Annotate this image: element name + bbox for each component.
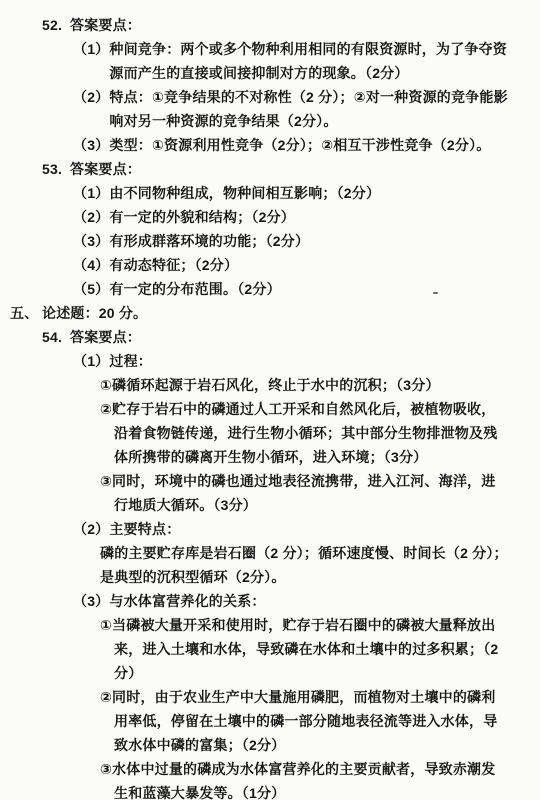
answer-item: （5） 有一定的分布范围。（2分） — [73, 277, 508, 301]
sub-item: ①磷循环起源于岩石风化，终止于水中的沉积；（3分） — [100, 373, 508, 397]
sub-item: ①当磷被大量开采和使用时，贮存于岩石圈中的磷被大量释放出来，进入土壤和水体，导致… — [100, 613, 508, 685]
answer-item: （4） 有动态特征；（2分） — [73, 253, 508, 277]
item-label: （1） — [73, 349, 109, 373]
item-label: （2） — [73, 85, 109, 133]
scanned-answer-key-page: 52. 答案要点： （1） 种间竞争：两个或多个物种利用相同的有限资源时，为了争… — [0, 0, 540, 800]
question-54-heading: 54. 答案要点： — [42, 325, 508, 349]
item-text: 过程： — [109, 349, 508, 373]
answer-item: （2） 有一定的外貌和结构；（2分） — [73, 205, 508, 229]
sub-items: ①当磷被大量开采和使用时，贮存于岩石圈中的磷被大量释放出来，进入土壤和水体，导致… — [100, 613, 508, 800]
item-text: 主要特点： — [109, 517, 508, 541]
part-number: 五、 — [10, 301, 42, 325]
sub-items: 磷的主要贮存库是岩石圈（2 分）；循环速度慢、时间长（2 分）；是典型的沉积型循… — [100, 541, 508, 589]
answer-item: （2） 主要特点： — [73, 517, 508, 541]
item-text: 由不同物种组成，物种间相互影响；（2分） — [109, 181, 508, 205]
question-54-block: 54. 答案要点： （1） 过程： ①磷循环起源于岩石风化，终止于水中的沉积；（… — [0, 325, 508, 800]
question-52-heading: 52. 答案要点： — [42, 13, 508, 37]
answer-item: （2） 特点：①竞争结果的不对称性（2 分）；②对一种资源的竞争能影响对另一种资… — [73, 85, 508, 133]
item-text: 有一定的分布范围。（2分） — [109, 277, 508, 301]
item-label: （1） — [73, 181, 109, 205]
question-53-block: 53. 答案要点： （1） 由不同物种组成，物种间相互影响；（2分） （2） 有… — [0, 157, 508, 301]
answer-item-group: （2） 主要特点： 磷的主要贮存库是岩石圈（2 分）；循环速度慢、时间长（2 分… — [73, 517, 508, 589]
answer-item: （1） 过程： — [73, 349, 508, 373]
item-text: 与水体富营养化的关系： — [109, 589, 508, 613]
item-text: 类型：①资源利用性竞争（2分）；②相互干涉性竞争（2分）。 — [109, 133, 508, 157]
part-five-heading: 五、 论述题：20 分。 — [10, 301, 508, 325]
sub-item: ②同时，由于农业生产中大量施用磷肥，而植物对土壤中的磷利用率低，停留在土壤中的磷… — [100, 685, 508, 757]
item-label: （3） — [73, 133, 109, 157]
answer-item-group: （1） 过程： ①磷循环起源于岩石风化，终止于水中的沉积；（3分） ②贮存于岩石… — [73, 349, 508, 517]
answer-item-group: （3） 与水体富营养化的关系： ①当磷被大量开采和使用时，贮存于岩石圈中的磷被大… — [73, 589, 508, 800]
answer-item: （3） 与水体富营养化的关系： — [73, 589, 508, 613]
sub-items: ①磷循环起源于岩石风化，终止于水中的沉积；（3分） ②贮存于岩石中的磷通过人工开… — [100, 373, 508, 517]
answer-item: （1） 种间竞争：两个或多个物种利用相同的有限资源时，为了争夺资源而产生的直接或… — [73, 37, 508, 85]
sub-item: ③水体中过量的磷成为水体富营养化的主要贡献者，导致赤潮发生和蓝藻大暴发等。（1分… — [100, 757, 508, 800]
item-label: （2） — [73, 517, 109, 541]
item-label: （4） — [73, 253, 109, 277]
question-53-items: （1） 由不同物种组成，物种间相互影响；（2分） （2） 有一定的外貌和结构；（… — [73, 181, 508, 301]
item-text: 有动态特征；（2分） — [109, 253, 508, 277]
question-number: 54. — [42, 325, 70, 349]
answer-item: （3） 类型：①资源利用性竞争（2分）；②相互干涉性竞争（2分）。 — [73, 133, 508, 157]
answer-item: （1） 由不同物种组成，物种间相互影响；（2分） — [73, 181, 508, 205]
item-label: （1） — [73, 37, 109, 85]
question-53-heading: 53. 答案要点： — [42, 157, 508, 181]
question-52-block: 52. 答案要点： （1） 种间竞争：两个或多个物种利用相同的有限资源时，为了争… — [0, 13, 508, 157]
part-title: 论述题：20 分。 — [42, 301, 147, 325]
sub-item: 磷的主要贮存库是岩石圈（2 分）；循环速度慢、时间长（2 分）；是典型的沉积型循… — [100, 541, 508, 589]
answer-key-heading: 答案要点： — [70, 157, 141, 181]
sub-item: ③同时，环境中的磷也通过地表径流携带，进入江河、海洋，进行地质大循环。（3分） — [100, 469, 508, 517]
item-text: 特点：①竞争结果的不对称性（2 分）；②对一种资源的竞争能影响对另一种资源的竞争… — [109, 85, 508, 133]
item-label: （3） — [73, 229, 109, 253]
answer-key-heading: 答案要点： — [70, 325, 141, 349]
question-52-items: （1） 种间竞争：两个或多个物种利用相同的有限资源时，为了争夺资源而产生的直接或… — [73, 37, 508, 157]
item-label: （3） — [73, 589, 109, 613]
item-text: 有形成群落环境的功能；（2分） — [109, 229, 508, 253]
question-number: 53. — [42, 157, 70, 181]
sub-item: ②贮存于岩石中的磷通过人工开采和自然风化后，被植物吸收，沿着食物链传递，进行生物… — [100, 397, 508, 469]
scan-artifact-speck — [433, 292, 438, 294]
question-number: 52. — [42, 13, 70, 37]
answer-key-heading: 答案要点： — [70, 13, 141, 37]
item-label: （2） — [73, 205, 109, 229]
item-text: 种间竞争：两个或多个物种利用相同的有限资源时，为了争夺资源而产生的直接或间接抑制… — [109, 37, 508, 85]
item-text: 有一定的外貌和结构；（2分） — [109, 205, 508, 229]
question-54-items: （1） 过程： ①磷循环起源于岩石风化，终止于水中的沉积；（3分） ②贮存于岩石… — [73, 349, 508, 800]
item-label: （5） — [73, 277, 109, 301]
answer-item: （3） 有形成群落环境的功能；（2分） — [73, 229, 508, 253]
